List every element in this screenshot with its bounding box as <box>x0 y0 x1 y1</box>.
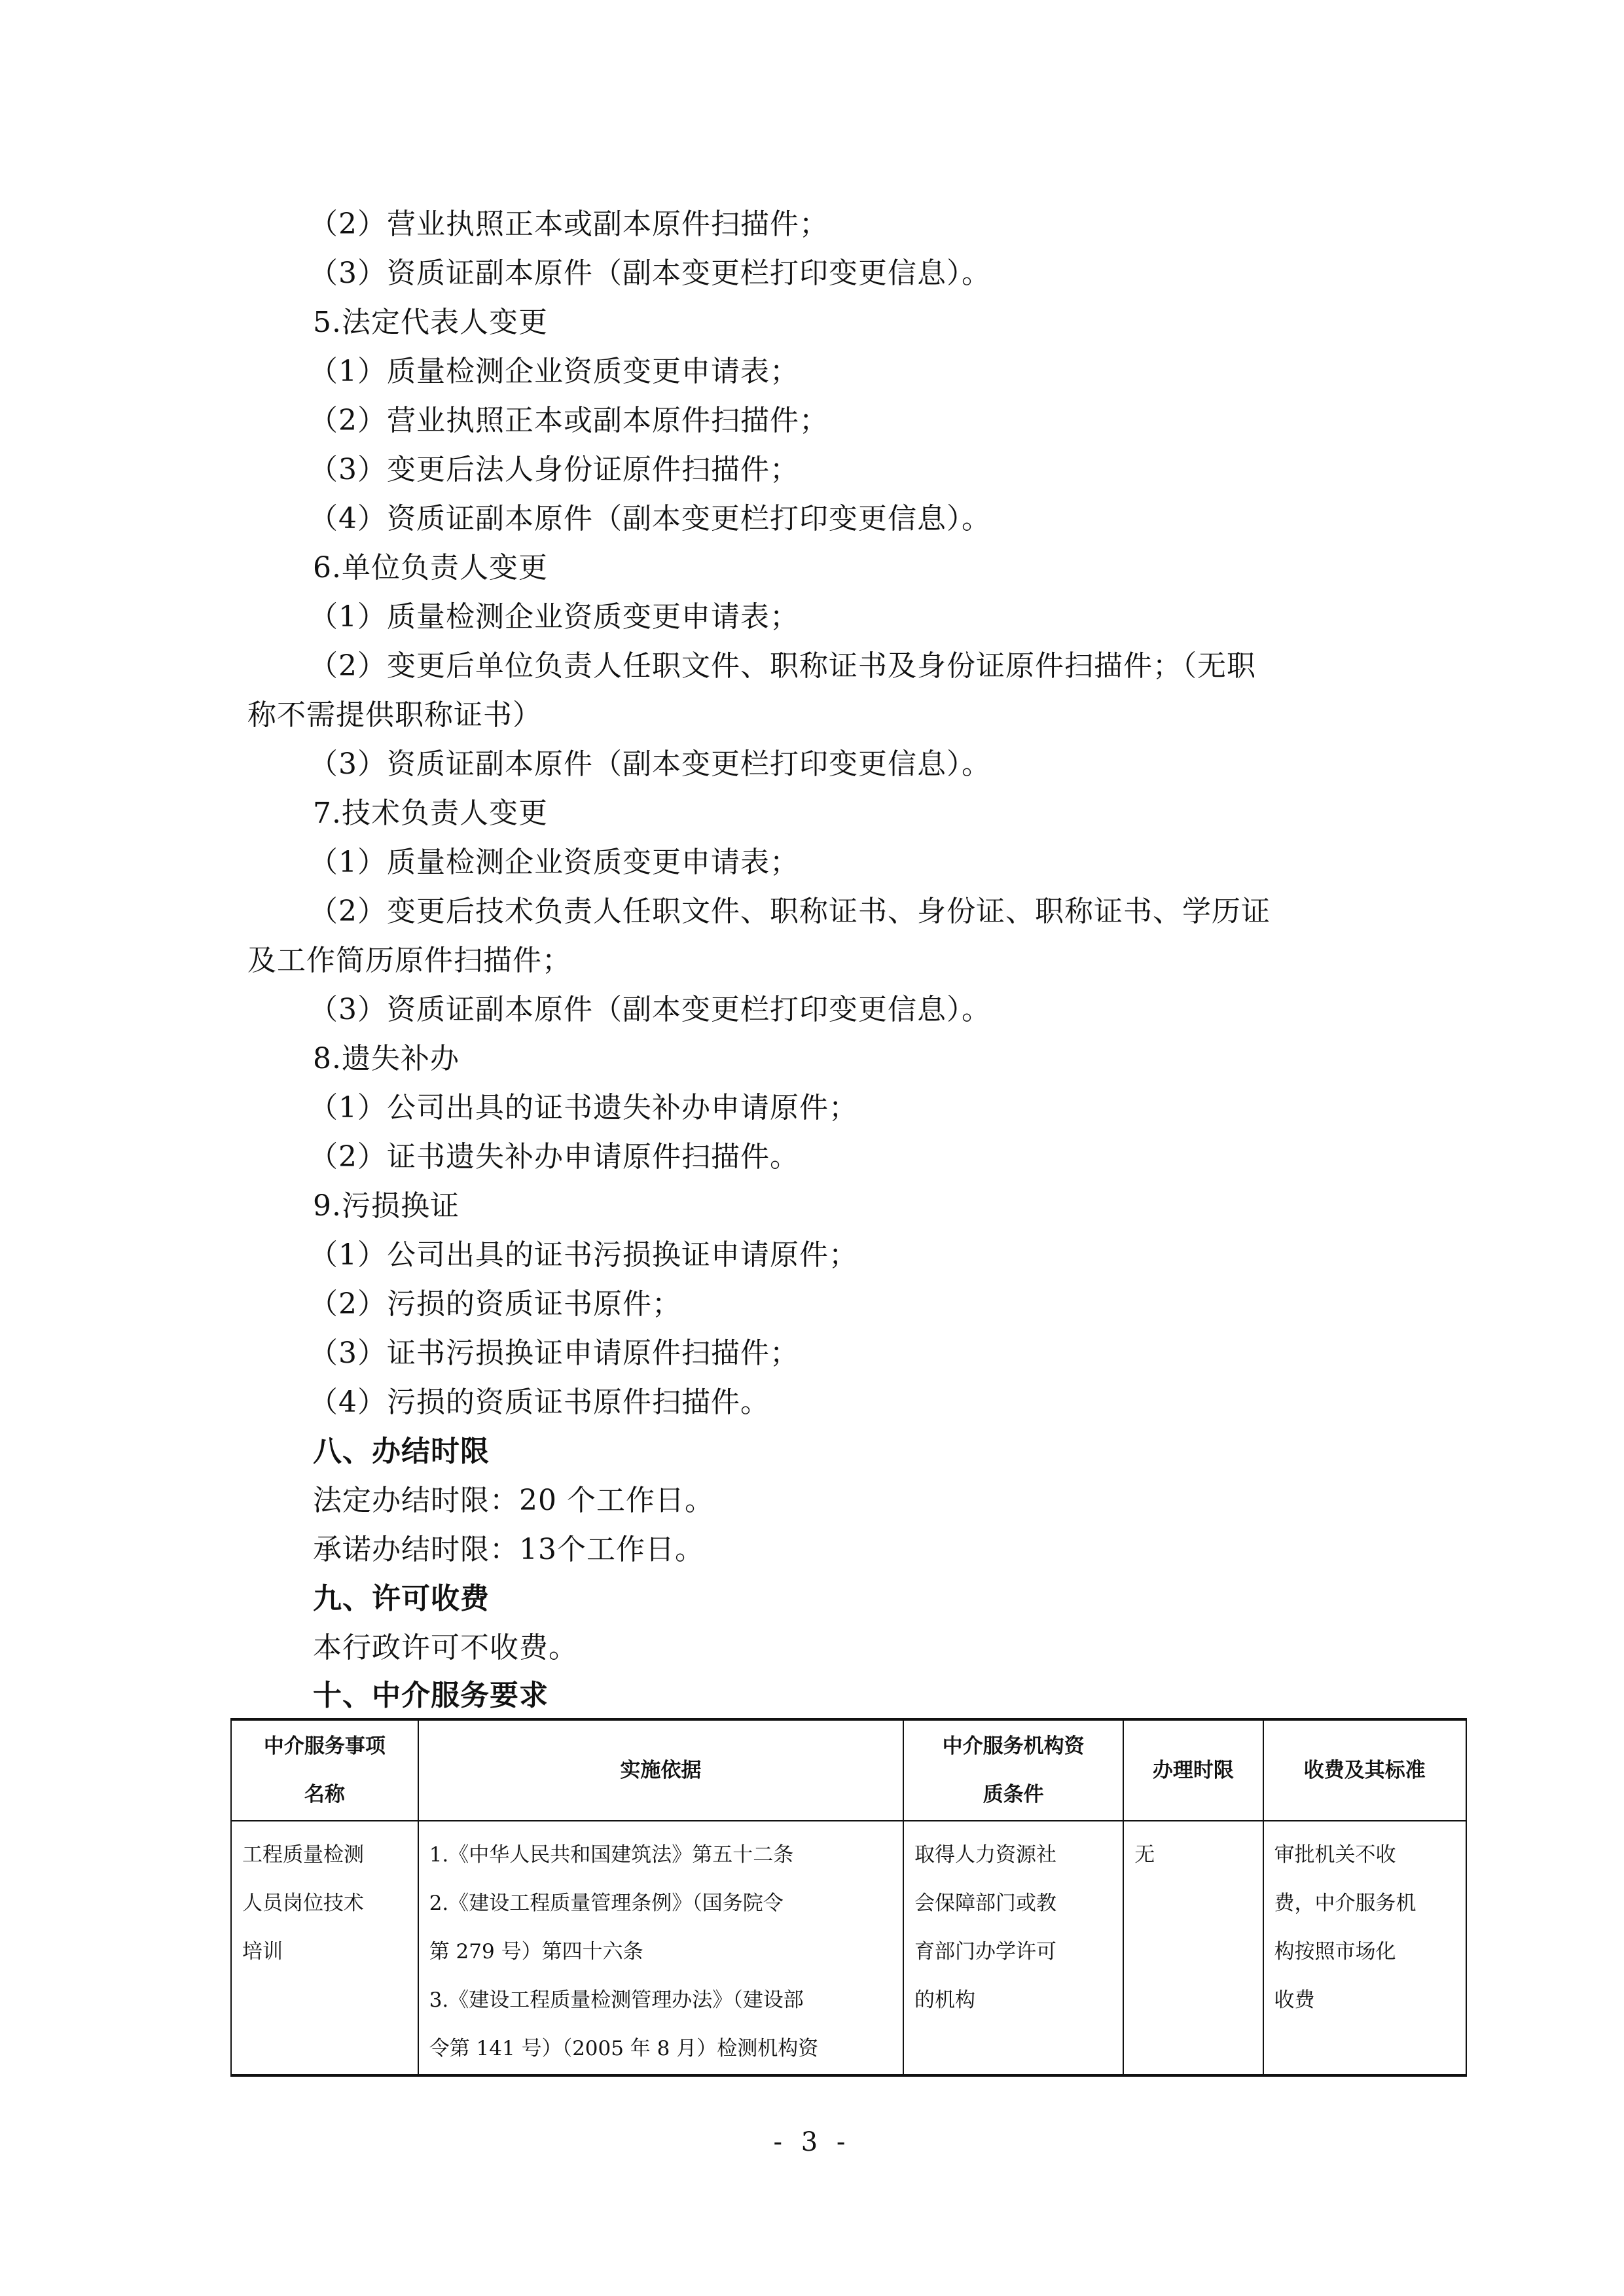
header-text: 名称 <box>232 1770 418 1819</box>
chapter-heading: 九、许可收费 <box>313 1574 490 1623</box>
cell-time-limit: 无 <box>1123 1821 1263 2075</box>
column-header-basis: 实施依据 <box>418 1719 903 1821</box>
list-item: （2）营业执照正本或副本原件扫描件； <box>309 396 829 445</box>
cell-basis: 1.《中华人民共和国建筑法》第五十二条 2.《建设工程质量管理条例》（国务院令 … <box>418 1821 903 2075</box>
list-item: （3）资质证副本原件（副本变更栏打印变更信息）。 <box>309 985 991 1034</box>
list-item: （4）污损的资质证书原件扫描件。 <box>309 1378 770 1427</box>
cell-text: 审批机关不收 <box>1274 1831 1460 1879</box>
paragraph: 本行政许可不收费。 <box>313 1623 578 1672</box>
list-item: （4）资质证副本原件（副本变更栏打印变更信息）。 <box>309 494 991 543</box>
cell-text: 无 <box>1134 1831 1255 1879</box>
list-item-continuation: 称不需提供职称证书） <box>247 691 542 740</box>
header-text: 办理时限 <box>1124 1746 1262 1795</box>
cell-fee: 审批机关不收 费，中介服务机 构按照市场化 收费 <box>1263 1821 1467 2075</box>
column-header-qualification: 中介服务机构资 质条件 <box>903 1719 1123 1821</box>
table-header-row: 中介服务事项 名称 实施依据 中介服务机构资 质条件 办理时限 收费及其标准 <box>231 1719 1466 1821</box>
section-heading: 6.单位负责人变更 <box>313 543 548 592</box>
header-text: 中介服务事项 <box>232 1722 418 1770</box>
header-text: 实施依据 <box>419 1746 903 1795</box>
list-item: （3）变更后法人身份证原件扫描件； <box>309 445 799 494</box>
list-item: （3）证书污损换证申请原件扫描件； <box>309 1329 799 1378</box>
section-heading: 5.法定代表人变更 <box>313 298 548 347</box>
header-text: 收费及其标准 <box>1264 1746 1466 1795</box>
cell-text: 人员岗位技术 <box>242 1879 411 1928</box>
cell-text: 费，中介服务机 <box>1274 1879 1460 1928</box>
column-header-time-limit: 办理时限 <box>1123 1719 1263 1821</box>
page-number: - 3 - <box>0 2127 1624 2157</box>
section-heading: 8.遗失补办 <box>313 1034 460 1083</box>
cell-text: 令第 141 号）（2005 年 8 月）检测机构资 <box>429 2024 896 2073</box>
list-item: （2）污损的资质证书原件； <box>309 1280 681 1329</box>
table-row: 工程质量检测 人员岗位技术 培训 1.《中华人民共和国建筑法》第五十二条 2.《… <box>231 1821 1466 2075</box>
section-heading: 9.污损换证 <box>313 1181 460 1230</box>
cell-text: 培训 <box>242 1928 411 1976</box>
list-item: （1）公司出具的证书污损换证申请原件； <box>309 1230 858 1280</box>
list-item: （3）资质证副本原件（副本变更栏打印变更信息）。 <box>309 740 991 789</box>
header-text: 质条件 <box>904 1770 1123 1819</box>
list-item: （2）证书遗失补办申请原件扫描件。 <box>309 1132 799 1181</box>
column-header-fee: 收费及其标准 <box>1263 1719 1467 1821</box>
cell-text: 2.《建设工程质量管理条例》（国务院令 <box>429 1879 896 1928</box>
cell-text: 收费 <box>1274 1976 1460 2024</box>
cell-qualification: 取得人力资源社 会保障部门或教 育部门办学许可 的机构 <box>903 1821 1123 2075</box>
list-item: （2）变更后单位负责人任职文件、职称证书及身份证原件扫描件；（无职 <box>309 641 1256 691</box>
cell-text: 工程质量检测 <box>242 1831 411 1879</box>
document-page: （2）营业执照正本或副本原件扫描件； （3）资质证副本原件（副本变更栏打印变更信… <box>0 0 1624 2296</box>
cell-text: 构按照市场化 <box>1274 1928 1460 1976</box>
column-header-service-name: 中介服务事项 名称 <box>231 1719 418 1821</box>
service-requirements-table: 中介服务事项 名称 实施依据 中介服务机构资 质条件 办理时限 收费及其标准 <box>230 1718 1467 2077</box>
cell-text: 3.《建设工程质量检测管理办法》（建设部 <box>429 1976 896 2024</box>
chapter-heading: 八、办结时限 <box>313 1427 490 1476</box>
list-item: （1）质量检测企业资质变更申请表； <box>309 347 799 396</box>
cell-text: 1.《中华人民共和国建筑法》第五十二条 <box>429 1831 896 1879</box>
cell-text: 会保障部门或教 <box>914 1879 1116 1928</box>
cell-service-name: 工程质量检测 人员岗位技术 培训 <box>231 1821 418 2075</box>
paragraph: 法定办结时限：20 个工作日。 <box>313 1476 714 1525</box>
list-item: （3）资质证副本原件（副本变更栏打印变更信息）。 <box>309 249 991 298</box>
paragraph: 承诺办结时限：13个工作日。 <box>313 1525 704 1574</box>
list-item: （1）质量检测企业资质变更申请表； <box>309 592 799 641</box>
section-heading: 7.技术负责人变更 <box>313 789 548 838</box>
list-item: （2）变更后技术负责人任职文件、职称证书、身份证、职称证书、学历证 <box>309 887 1271 936</box>
cell-text: 取得人力资源社 <box>914 1831 1116 1879</box>
list-item: （1）质量检测企业资质变更申请表； <box>309 838 799 887</box>
cell-text: 第 279 号）第四十六条 <box>429 1928 896 1976</box>
list-item: （2）营业执照正本或副本原件扫描件； <box>309 200 829 249</box>
cell-text: 的机构 <box>914 1976 1116 2024</box>
cell-text: 育部门办学许可 <box>914 1928 1116 1976</box>
list-item-continuation: 及工作简历原件扫描件； <box>247 936 571 985</box>
chapter-heading: 十、中介服务要求 <box>313 1671 549 1720</box>
header-text: 中介服务机构资 <box>904 1722 1123 1770</box>
list-item: （1）公司出具的证书遗失补办申请原件； <box>309 1083 858 1132</box>
